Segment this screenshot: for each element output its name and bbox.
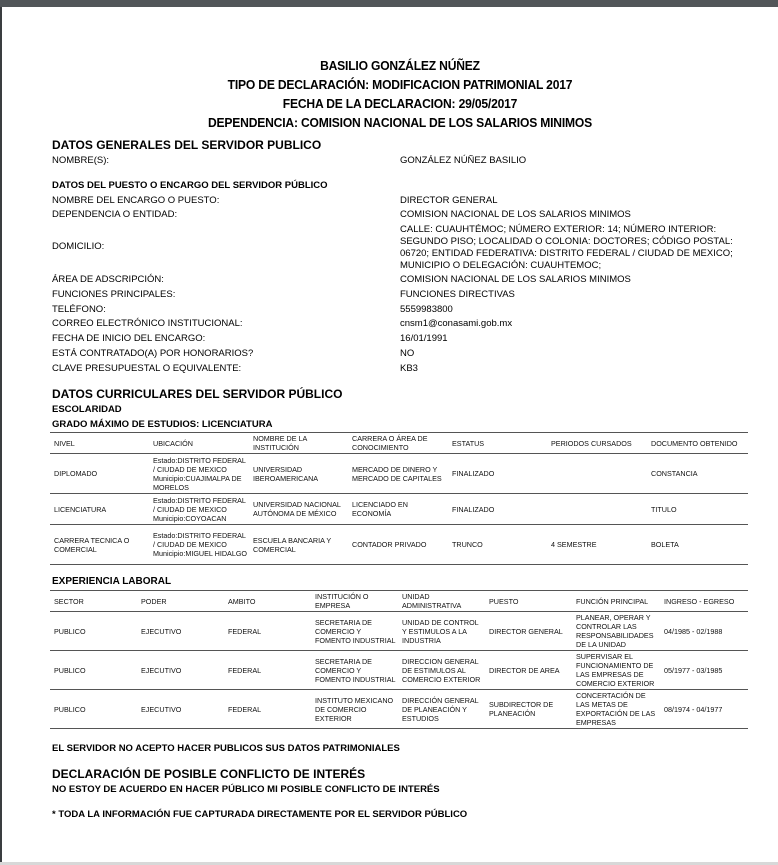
declaration-dependency: DEPENDENCIA: COMISION NACIONAL DE LOS SA… — [30, 113, 770, 132]
field-label: NOMBRE DEL ENCARGO O PUESTO: — [52, 195, 219, 206]
table-cell: DIRECTOR GENERAL — [485, 612, 572, 651]
table-cell: DIRECTOR DE AREA — [485, 651, 572, 690]
table-row: PUBLICO EJECUTIVO FEDERAL SECRETARIA DE … — [50, 651, 748, 690]
field-value: COMISION NACIONAL DE LOS SALARIOS MINIMO… — [400, 209, 748, 221]
table-cell: 08/1974 - 04/1977 — [660, 690, 748, 729]
table-cell: SUPERVISAR EL FUNCIONAMIENTO DE LAS EMPR… — [572, 651, 660, 690]
field-label: ÁREA DE ADSCRIPCIÓN: — [52, 274, 164, 285]
table-cell: PUBLICO — [50, 651, 137, 690]
table-cell: LICENCIATURA — [50, 494, 149, 525]
table-cell: SUBDIRECTOR DE PLANEACIÓN — [485, 690, 572, 729]
field-label: DOMICILIO: — [52, 241, 104, 252]
column-header: NIVEL — [50, 433, 149, 454]
table-cell — [547, 454, 647, 494]
table-cell — [547, 494, 647, 525]
table-header-row: SECTOR PODER AMBITO INSTITUCIÓN O EMPRES… — [50, 591, 748, 612]
field-label: CORREO ELECTRÓNICO INSTITUCIONAL: — [52, 318, 243, 329]
section-curriculares: DATOS CURRICULARES DEL SERVIDOR PÚBLICO — [52, 387, 342, 401]
table-cell: Estado:DISTRITO FEDERAL / CIUDAD DE MEXI… — [149, 525, 249, 565]
field-value: NO — [400, 348, 748, 360]
column-header: PODER — [137, 591, 224, 612]
field-label: NOMBRE(S): — [52, 155, 109, 166]
table-cell: 05/1977 - 03/1985 — [660, 651, 748, 690]
table-cell: EJECUTIVO — [137, 612, 224, 651]
section-conflicto: DECLARACIÓN DE POSIBLE CONFLICTO DE INTE… — [52, 767, 365, 781]
table-header-row: NIVEL UBICACIÓN NOMBRE DE LA INSTITUCIÓN… — [50, 433, 748, 454]
document-header: BASILIO GONZÁLEZ NÚÑEZ TIPO DE DECLARACI… — [2, 56, 778, 132]
table-cell: BOLETA — [647, 525, 748, 565]
table-cell: LICENCIADO EN ECONOMÍA — [348, 494, 448, 525]
field-value: KB3 — [400, 363, 748, 375]
field-label: TELÉFONO: — [52, 304, 106, 315]
declaration-type: TIPO DE DECLARACIÓN: MODIFICACION PATRIM… — [30, 75, 770, 94]
field-value: DIRECTOR GENERAL — [400, 195, 748, 207]
table-row: DIPLOMADO Estado:DISTRITO FEDERAL / CIUD… — [50, 454, 748, 494]
table-cell: TITULO — [647, 494, 748, 525]
table-cell: INSTITUTO MEXICANO DE COMERCIO EXTERIOR — [311, 690, 398, 729]
column-header: FUNCIÓN PRINCIPAL — [572, 591, 660, 612]
table-cell: DIRECCIÓN GENERAL DE PLANEACIÓN Y ESTUDI… — [398, 690, 485, 729]
table-cell: PUBLICO — [50, 690, 137, 729]
table-cell: EJECUTIVO — [137, 690, 224, 729]
column-header: DOCUMENTO OBTENIDO — [647, 433, 748, 454]
footnote: * TODA LA INFORMACIÓN FUE CAPTURADA DIRE… — [52, 809, 467, 820]
table-cell: UNIVERSIDAD NACIONAL AUTÓNOMA DE MÉXICO — [249, 494, 348, 525]
table-cell: SECRETARIA DE COMERCIO Y FOMENTO INDUSTR… — [311, 612, 398, 651]
table-cell: UNIVERSIDAD IBEROAMERICANA — [249, 454, 348, 494]
field-value: 16/01/1991 — [400, 333, 748, 345]
field-value: CALLE: CUAUHTÉMOC; NÚMERO EXTERIOR: 14; … — [400, 224, 748, 272]
column-header: INSTITUCIÓN O EMPRESA — [311, 591, 398, 612]
column-header: PUESTO — [485, 591, 572, 612]
column-header: UBICACIÓN — [149, 433, 249, 454]
column-header: UNIDAD ADMINISTRATIVA — [398, 591, 485, 612]
column-header: CARRERA O ÁREA DE CONOCIMIENTO — [348, 433, 448, 454]
declarant-name: BASILIO GONZÁLEZ NÚÑEZ — [30, 56, 770, 75]
column-header: INGRESO - EGRESO — [660, 591, 748, 612]
table-cell: Estado:DISTRITO FEDERAL / CIUDAD DE MEXI… — [149, 454, 249, 494]
table-cell: UNIDAD DE CONTROL Y ESTIMULOS A LA INDUS… — [398, 612, 485, 651]
table-row: PUBLICO EJECUTIVO FEDERAL INSTITUTO MEXI… — [50, 690, 748, 729]
field-value: GONZÁLEZ NÚÑEZ BASILIO — [400, 155, 748, 167]
field-value: cnsm1@conasami.gob.mx — [400, 318, 748, 330]
table-cell: ESCUELA BANCARIA Y COMERCIAL — [249, 525, 348, 565]
table-cell: DIRECCION GENERAL DE ESTIMULOS AL COMERC… — [398, 651, 485, 690]
table-row: PUBLICO EJECUTIVO FEDERAL SECRETARIA DE … — [50, 612, 748, 651]
field-label: ESTÁ CONTRATADO(A) POR HONORARIOS? — [52, 348, 253, 359]
viewer-top-bar — [0, 0, 778, 7]
section-experiencia: EXPERIENCIA LABORAL — [52, 576, 171, 587]
table-cell: PUBLICO — [50, 612, 137, 651]
section-puesto: DATOS DEL PUESTO O ENCARGO DEL SERVIDOR … — [52, 180, 328, 191]
escolaridad-table: NIVEL UBICACIÓN NOMBRE DE LA INSTITUCIÓN… — [50, 432, 748, 565]
declaration-date: FECHA DE LA DECLARACION: 29/05/2017 — [30, 94, 770, 113]
field-value: FUNCIONES DIRECTIVAS — [400, 289, 748, 301]
table-cell: CONCERTACIÓN DE LAS METAS DE EXPORTACIÓN… — [572, 690, 660, 729]
column-header: PERIODOS CURSADOS — [547, 433, 647, 454]
table-cell: FEDERAL — [224, 651, 311, 690]
field-label: FECHA DE INICIO DEL ENCARGO: — [52, 333, 205, 344]
experiencia-table: SECTOR PODER AMBITO INSTITUCIÓN O EMPRES… — [50, 590, 748, 729]
table-cell: FINALIZADO — [448, 454, 547, 494]
table-cell: CONSTANCIA — [647, 454, 748, 494]
table-cell: TRUNCO — [448, 525, 547, 565]
field-label: CLAVE PRESUPUESTAL O EQUIVALENTE: — [52, 363, 241, 374]
column-header: ESTATUS — [448, 433, 547, 454]
table-cell: DIPLOMADO — [50, 454, 149, 494]
table-cell: SECRETARIA DE COMERCIO Y FOMENTO INDUSTR… — [311, 651, 398, 690]
document-page: BASILIO GONZÁLEZ NÚÑEZ TIPO DE DECLARACI… — [2, 7, 778, 862]
column-header: NOMBRE DE LA INSTITUCIÓN — [249, 433, 348, 454]
grado-maximo: GRADO MÁXIMO DE ESTUDIOS: LICENCIATURA — [52, 419, 272, 430]
table-cell: PLANEAR, OPERAR Y CONTROLAR LAS RESPONSA… — [572, 612, 660, 651]
field-label: FUNCIONES PRINCIPALES: — [52, 289, 175, 300]
table-cell: CARRERA TECNICA O COMERCIAL — [50, 525, 149, 565]
table-cell: EJECUTIVO — [137, 651, 224, 690]
table-row: CARRERA TECNICA O COMERCIAL Estado:DISTR… — [50, 525, 748, 565]
table-cell: CONTADOR PRIVADO — [348, 525, 448, 565]
field-value: 5559983800 — [400, 304, 748, 316]
field-value: COMISION NACIONAL DE LOS SALARIOS MINIMO… — [400, 274, 748, 286]
table-cell: 04/1985 - 02/1988 — [660, 612, 748, 651]
column-header: AMBITO — [224, 591, 311, 612]
escolaridad-heading: ESCOLARIDAD — [52, 404, 122, 415]
column-header: SECTOR — [50, 591, 137, 612]
table-cell: MERCADO DE DINERO Y MERCADO DE CAPITALES — [348, 454, 448, 494]
section-datos-generales: DATOS GENERALES DEL SERVIDOR PUBLICO — [52, 138, 321, 152]
conflicto-text: NO ESTOY DE ACUERDO EN HACER PÚBLICO MI … — [52, 784, 440, 795]
table-cell: FEDERAL — [224, 612, 311, 651]
patrimonial-note: EL SERVIDOR NO ACEPTO HACER PUBLICOS SUS… — [52, 743, 400, 754]
table-cell: FEDERAL — [224, 690, 311, 729]
table-row: LICENCIATURA Estado:DISTRITO FEDERAL / C… — [50, 494, 748, 525]
table-cell: 4 SEMESTRE — [547, 525, 647, 565]
field-label: DEPENDENCIA O ENTIDAD: — [52, 209, 177, 220]
table-cell: Estado:DISTRITO FEDERAL / CIUDAD DE MEXI… — [149, 494, 249, 525]
table-cell: FINALIZADO — [448, 494, 547, 525]
